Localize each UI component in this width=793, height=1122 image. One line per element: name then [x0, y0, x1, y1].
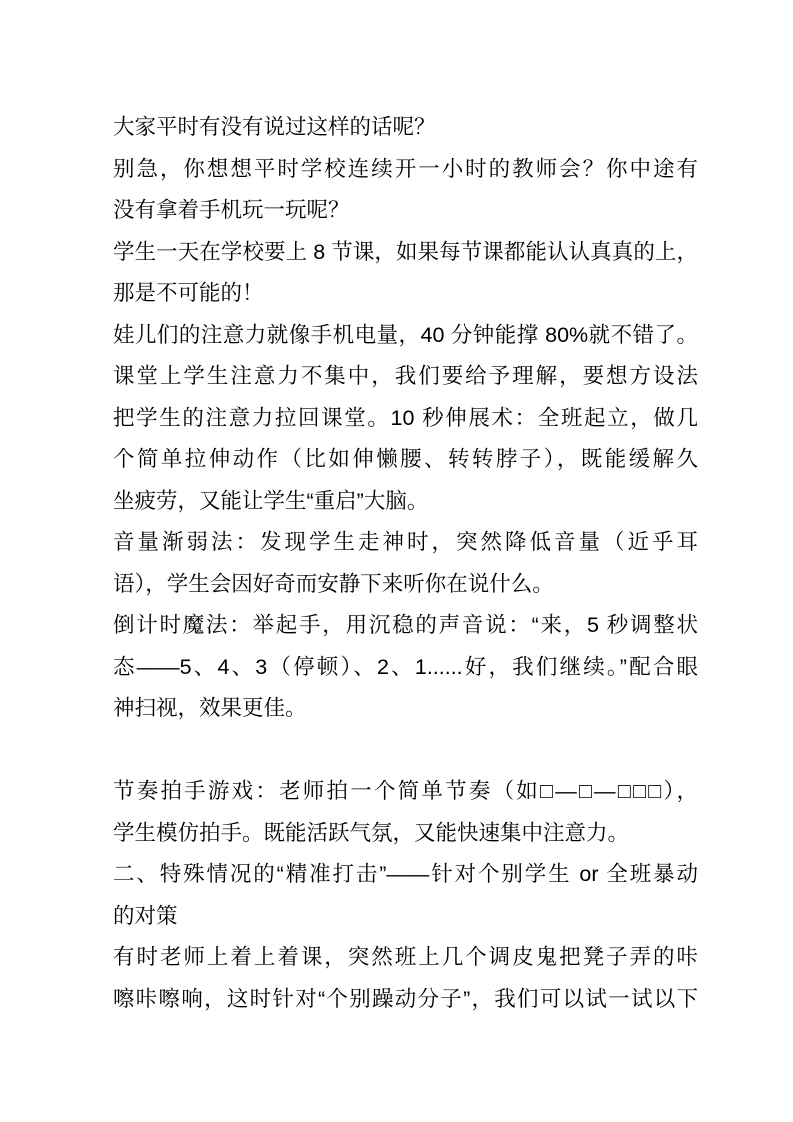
document-text-line: 把学生的注意力拉回课堂。10 秒伸展术：全班起立，做几 [113, 398, 698, 440]
document-text-line: 没有拿着手机玩一玩呢？ [113, 190, 698, 232]
document-text-line: 课堂上学生注意力不集中，我们要给予理解，要想方设法 [113, 356, 698, 398]
document-text-body: 大家平时有没有说过这样的话呢？别急，你想想平时学校连续开一小时的教师会？你中途有… [113, 107, 698, 1020]
blank-line [113, 730, 698, 772]
document-text-line: 音量渐弱法：发现学生走神时，突然降低音量（近乎耳 [113, 522, 698, 564]
document-text-line: 大家平时有没有说过这样的话呢？ [113, 107, 698, 149]
document-text-line: 学生模仿拍手。既能活跃气氛，又能快速集中注意力。 [113, 813, 698, 855]
document-text-line: 态——5、4、3（停顿）、2、1......好，我们继续。”配合眼 [113, 647, 698, 689]
document-text-line: 学生一天在学校要上 8 节课，如果每节课都能认认真真的上， [113, 232, 698, 274]
document-text-line: 倒计时魔法：举起手，用沉稳的声音说：“来，5 秒调整状 [113, 605, 698, 647]
document-text-line: 有时老师上着上着课，突然班上几个调皮鬼把凳子弄的咔 [113, 937, 698, 979]
document-text-line: 的对策 [113, 896, 698, 938]
document-text-line: 坐疲劳，又能让学生“重启”大脑。 [113, 481, 698, 523]
document-text-line: 别急，你想想平时学校连续开一小时的教师会？你中途有 [113, 149, 698, 191]
document-text-line: 二、特殊情况的“精准打击”——针对个别学生 or 全班暴动 [113, 854, 698, 896]
document-text-line: 个简单拉伸动作（比如伸懒腰、转转脖子），既能缓解久 [113, 439, 698, 481]
document-text-line: 嚓咔嚓响，这时针对“个别躁动分子”，我们可以试一试以下 [113, 979, 698, 1021]
document-text-line: 那是不可能的！ [113, 273, 698, 315]
document-text-line: 语），学生会因好奇而安静下来听你在说什么。 [113, 564, 698, 606]
document-text-line: 娃儿们的注意力就像手机电量，40 分钟能撑 80%就不错了。 [113, 315, 698, 357]
document-text-line: 神扫视，效果更佳。 [113, 688, 698, 730]
document-text-line: 节奏拍手游戏：老师拍一个简单节奏（如□—□—□□□）， [113, 771, 698, 813]
document-page: 大家平时有没有说过这样的话呢？别急，你想想平时学校连续开一小时的教师会？你中途有… [0, 0, 793, 1122]
